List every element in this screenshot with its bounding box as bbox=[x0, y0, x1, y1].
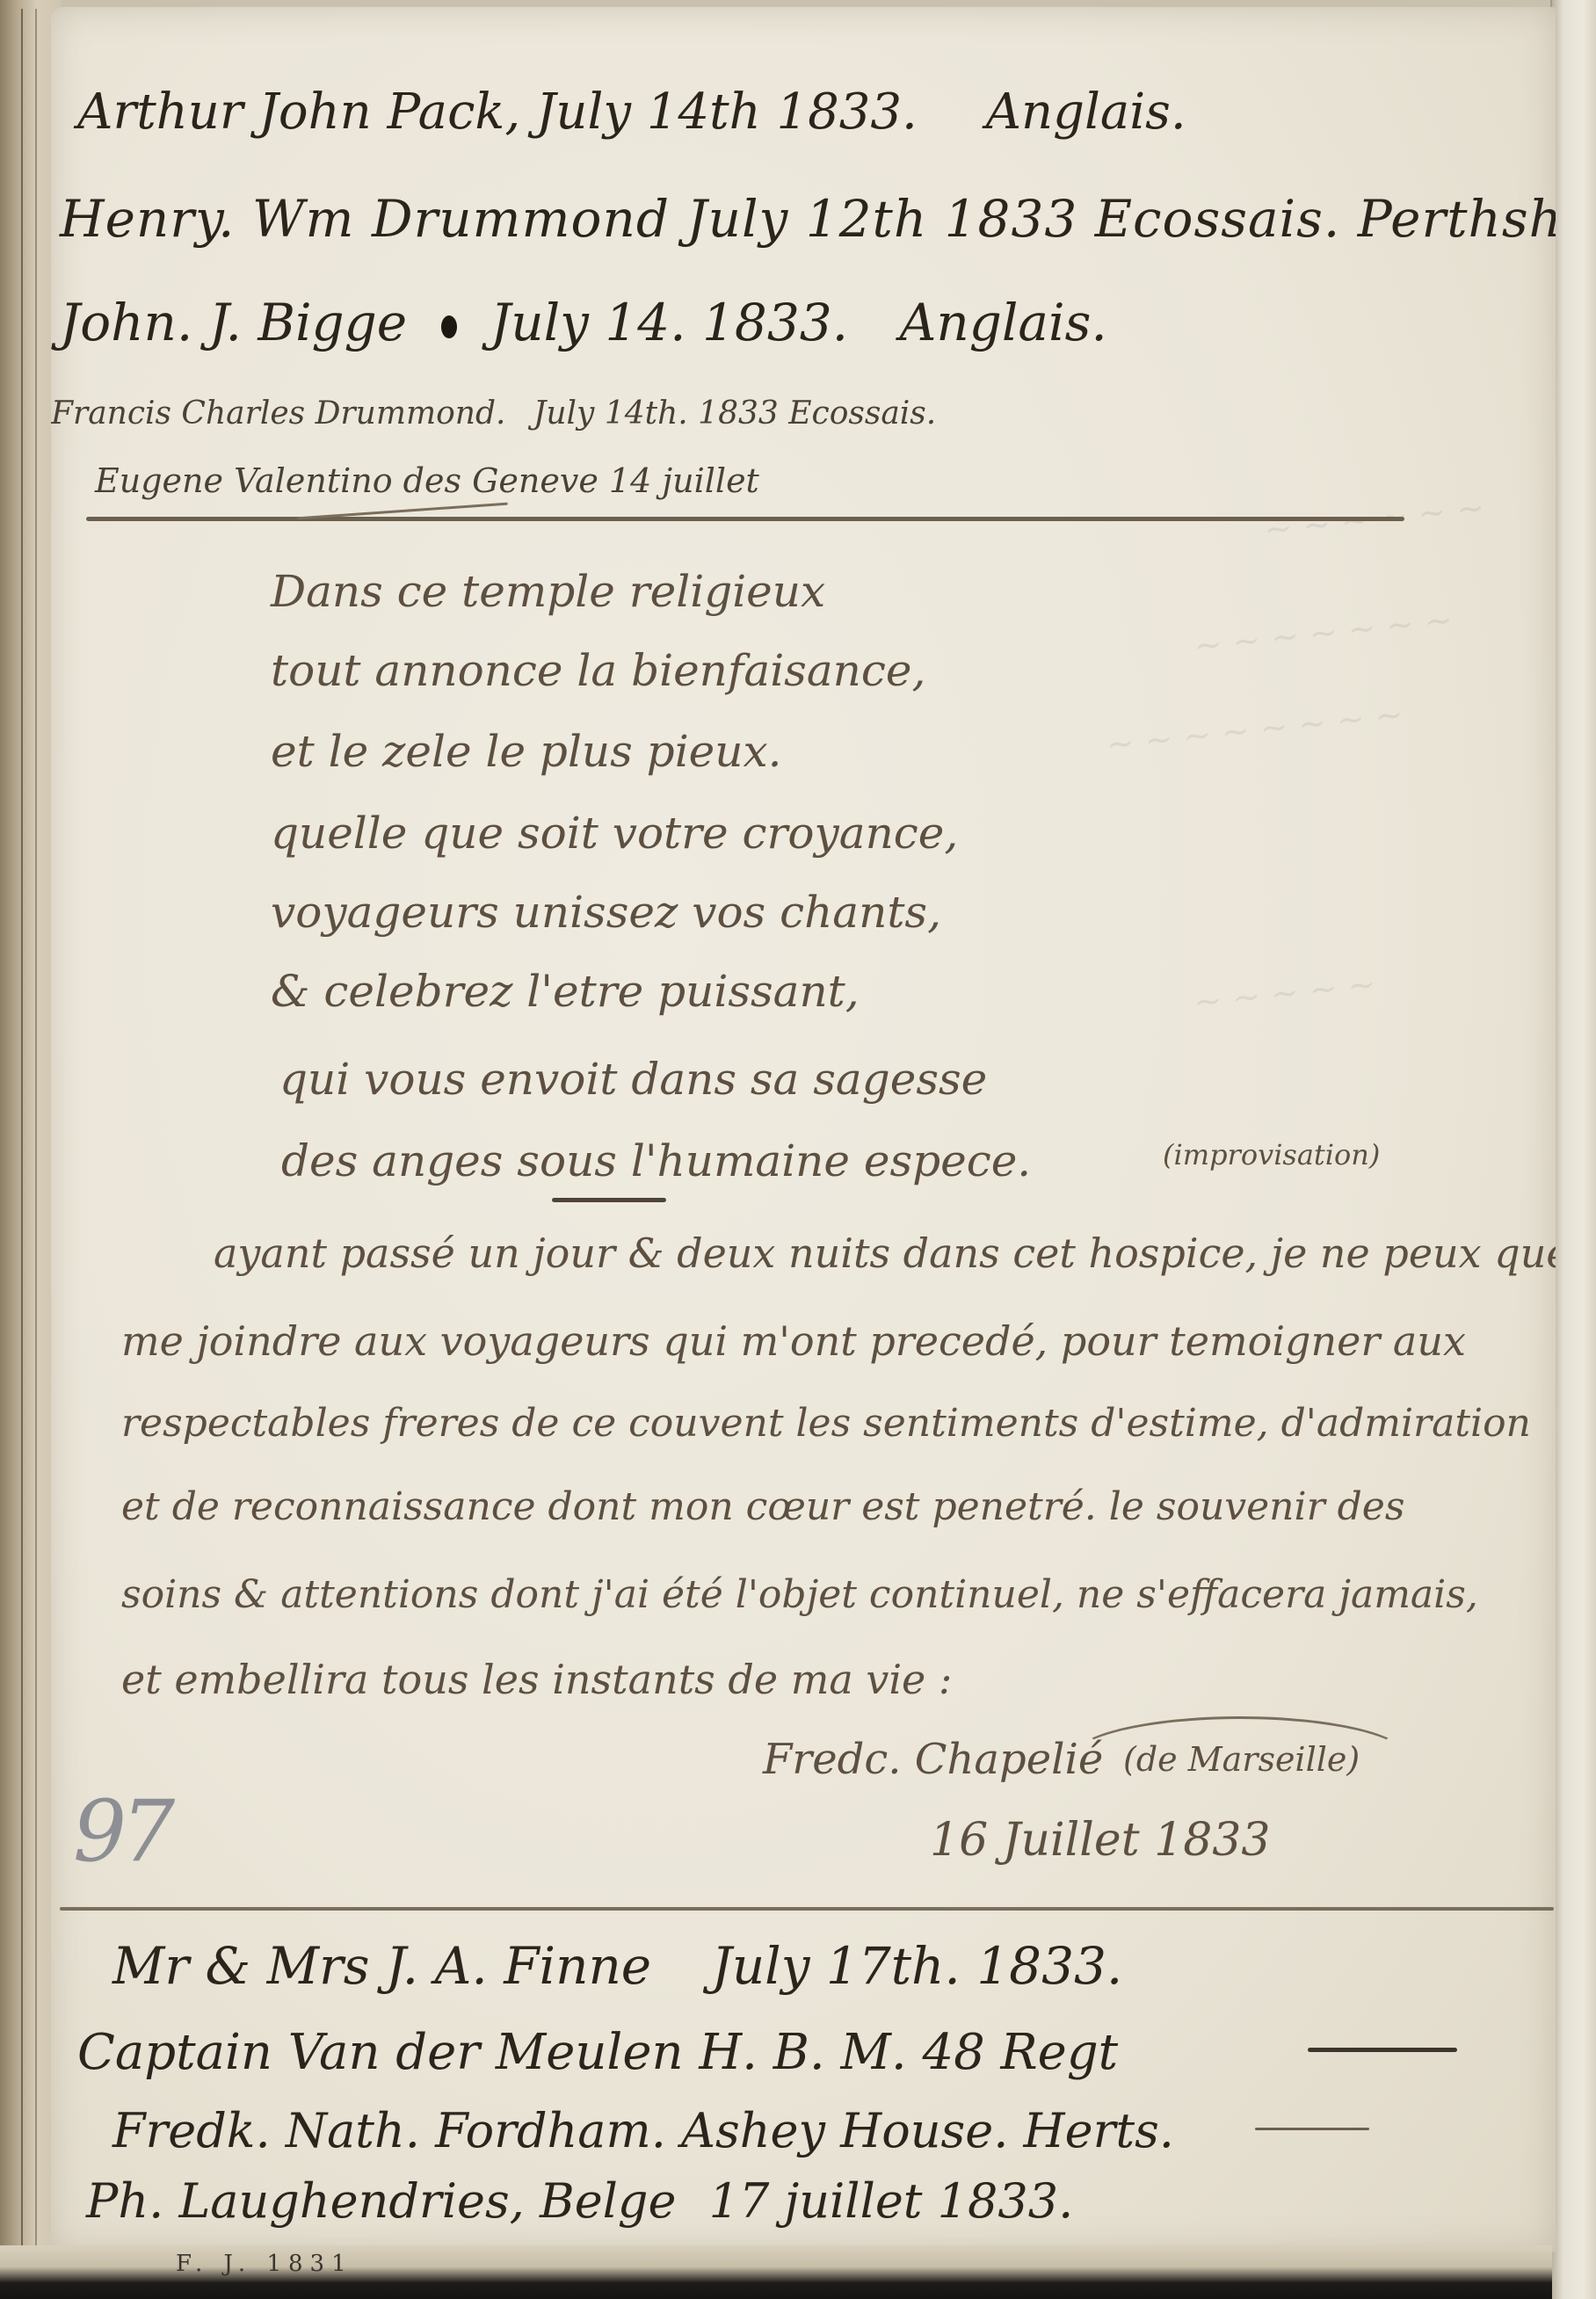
bleed-through-text: ~ ~ ~ ~ ~ ~ ~ ~ bbox=[1105, 694, 1405, 764]
bleed-through-text: ~ ~ ~ ~ ~ ~ ~ bbox=[1193, 600, 1455, 666]
signer-name: Mr & Mrs J. A. Finne bbox=[112, 1936, 651, 1996]
signer-origin: Geneve bbox=[472, 461, 598, 500]
signature-date: July 14th 1833 bbox=[536, 83, 902, 141]
underlying-page-text: F. J. 1831 bbox=[176, 2251, 353, 2277]
signature-entry: Captain Van der Meulen H. B. M. 48 Regt bbox=[77, 2028, 1118, 2078]
signer-name: Fredk. Nath. Fordham. Ashey House. Herts… bbox=[112, 2103, 1174, 2158]
signer-origin: Ecossais. Perthshire bbox=[1095, 189, 1556, 249]
poem-line: tout annonce la bienfaisance, bbox=[271, 649, 925, 693]
signature-entry: John. J. Bigge July 14. 1833. Anglais. bbox=[60, 297, 1107, 348]
poem-line: Dans ce temple religieux bbox=[271, 569, 825, 613]
prose-line: respectables freres de ce couvent les se… bbox=[121, 1404, 1531, 1443]
entry-date: 16 Juillet 1833 bbox=[930, 1817, 1270, 1863]
poem-line: et le zele le plus pieux. bbox=[271, 729, 782, 773]
author-signature: Fredc. Chapelié bbox=[763, 1738, 1103, 1780]
signature-entry: Fredk. Nath. Fordham. Ashey House. Herts… bbox=[112, 2107, 1174, 2155]
facing-page-edge bbox=[1550, 0, 1596, 2299]
page-bottom-edge: F. J. 1831 bbox=[0, 2245, 1552, 2299]
prose-line: ayant passé un jour & deux nuits dans ce… bbox=[214, 1233, 1556, 1273]
signature-entry: Ph. Laughendries, Belge 17 juillet 1833. bbox=[86, 2178, 1073, 2225]
signer-origin: Anglais. bbox=[900, 293, 1107, 352]
signature-entry: Arthur John Pack, July 14th 1833. Anglai… bbox=[77, 88, 1186, 137]
prose-line: et de reconnaissance dont mon cœur est p… bbox=[121, 1488, 1404, 1527]
dash-mark bbox=[1255, 2128, 1369, 2130]
signature-entry: Eugene Valentino des Geneve 14 juillet bbox=[95, 464, 759, 497]
poem-line: voyageurs unissez vos chants, bbox=[271, 890, 941, 934]
signature-date: July 14. 1833. bbox=[490, 293, 848, 352]
author-origin: (de Marseille) bbox=[1123, 1743, 1360, 1776]
dash-mark bbox=[1308, 2048, 1457, 2052]
poem-line: des anges sous l'humaine espece. bbox=[281, 1139, 1031, 1183]
separator-line bbox=[60, 1907, 1554, 1911]
signature-date: 17 juillet 1833. bbox=[709, 2173, 1074, 2229]
folio-number: 97 bbox=[73, 1782, 170, 1881]
signature-date: July 14th. 1833 bbox=[533, 395, 779, 432]
ink-blot bbox=[441, 315, 457, 338]
signature-date: July 12th 1833 bbox=[686, 189, 1077, 249]
signature-date: 14 juillet bbox=[609, 461, 759, 500]
prose-line: me joindre aux voyageurs qui m'ont prece… bbox=[121, 1321, 1466, 1361]
binding-edge-line bbox=[21, 9, 23, 2246]
signer-name: Captain Van der Meulen H. B. M. 48 Regt bbox=[77, 2024, 1118, 2081]
binding-edge-line bbox=[35, 9, 37, 2246]
signer-name: John. J. Bigge bbox=[60, 293, 407, 352]
signature-entry: Henry. Wm Drummond July 12th 1833 Ecossa… bbox=[60, 193, 1556, 244]
improvisation-note: (improvisation) bbox=[1163, 1141, 1380, 1169]
separator-flourish bbox=[86, 517, 1404, 521]
prose-line: soins & attentions dont j'ai été l'objet… bbox=[121, 1576, 1478, 1614]
poem-line: & celebrez l'etre puissant, bbox=[271, 969, 860, 1013]
signer-name: Francis Charles Drummond bbox=[51, 395, 496, 432]
signature-date: July 17th. 1833. bbox=[712, 1936, 1123, 1996]
signature-entry: Mr & Mrs J. A. Finne July 17th. 1833. bbox=[112, 1940, 1122, 1991]
prose-line: et embellira tous les instants de ma vie… bbox=[121, 1659, 952, 1700]
poem-line: qui vous envoit dans sa sagesse bbox=[279, 1057, 987, 1101]
signature-entry: Francis Charles Drummond. July 14th. 183… bbox=[51, 398, 936, 430]
signer-name: Ph. Laughendries, Belge bbox=[86, 2173, 676, 2229]
bleed-through-text: ~ ~ ~ ~ ~ bbox=[1192, 964, 1377, 1021]
signer-origin: Ecossais. bbox=[788, 395, 936, 432]
poem-line: quelle que soit votre croyance, bbox=[271, 811, 958, 855]
manuscript-page: ~ ~ ~ ~ ~ ~ ~ ~ ~ ~ ~ ~ ~ ~ ~ ~ ~ ~ ~ ~ … bbox=[51, 7, 1556, 2252]
signer-name: Arthur John Pack bbox=[77, 83, 504, 141]
underline-mark bbox=[552, 1198, 666, 1202]
signer-name: Henry. Wm Drummond bbox=[60, 189, 670, 249]
signer-origin: Anglais. bbox=[986, 83, 1186, 141]
signer-name: Eugene Valentino des bbox=[95, 461, 461, 500]
